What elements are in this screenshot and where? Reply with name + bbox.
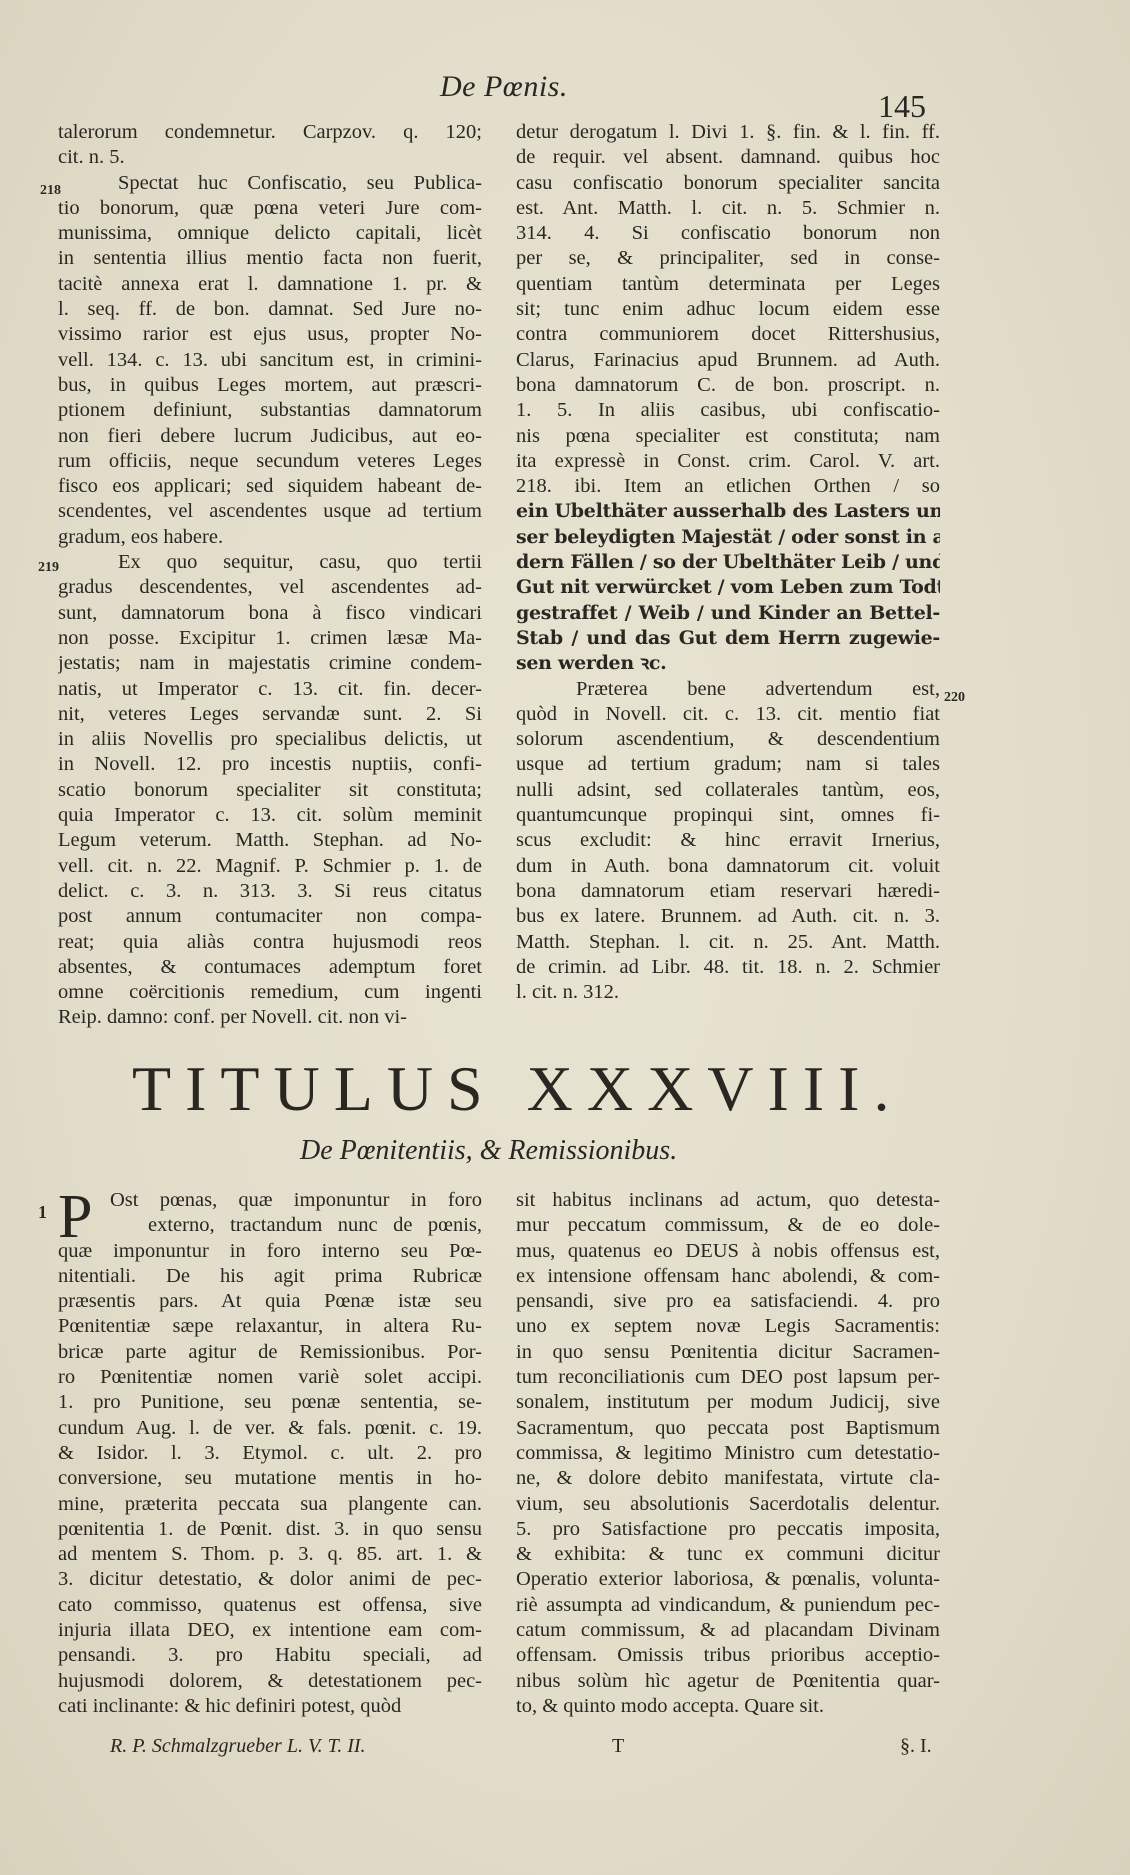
text-line: conversione, seu mutatione mentis in ho-: [58, 1466, 482, 1491]
text-line: delict. c. 3. n. 313. 3. Si reus citatus: [58, 879, 482, 904]
signature-mark: R. P. Schmalzgrueber L. V. T. II.: [110, 1735, 366, 1758]
text-line: l. cit. n. 312.: [516, 980, 940, 1005]
text-line: Præterea bene advertendum est,: [516, 677, 940, 702]
text-line: riè assumpta ad vindicandum, & puniendum…: [516, 1593, 940, 1618]
text-line: tio bonorum, quæ pœna veteri Jure com-: [58, 196, 482, 221]
text-line: fisco eos applicari; sed siquidem habean…: [58, 474, 482, 499]
text-line: quòd in Novell. cit. c. 13. cit. mentio …: [516, 702, 940, 727]
text-line: ex intensione offensam hanc abolendi, & …: [516, 1264, 940, 1289]
text-line: dern Fällen / so der Ubelthäter Leib / u…: [516, 550, 940, 575]
text-line: Ost pœnas, quæ imponuntur in foro: [58, 1188, 482, 1213]
text-line: gradus descendentes, vel ascendentes ad-: [58, 575, 482, 600]
margin-number-220: 220: [944, 690, 965, 706]
text-line: Clarus, Farinacius apud Brunnem. ad Auth…: [516, 348, 940, 373]
text-line: injuria illata DEO, ex intentione eam co…: [58, 1618, 482, 1643]
text-line: & exhibita: & tunc ex communi dicitur: [516, 1542, 940, 1567]
text-line: natis, ut Imperator c. 13. cit. fin. dec…: [58, 677, 482, 702]
text-line: hujusmodi dolorem, & detestationem pec-: [58, 1669, 482, 1694]
top-left-column: talerorum condemnetur. Carpzov. q. 120;c…: [58, 120, 482, 1031]
text-line: est. Ant. Matth. l. cit. n. 5. Schmier n…: [516, 196, 940, 221]
text-line: Legum veterum. Matth. Stephan. ad No-: [58, 828, 482, 853]
text-line: bona damnatorum etiam reservari hæredi-: [516, 879, 940, 904]
margin-number-1: 1: [38, 1202, 47, 1223]
text-line: Stab / und das Gut dem Herrn zugewie-: [516, 626, 940, 651]
text-line: bus, in quibus Leges mortem, aut præscri…: [58, 373, 482, 398]
running-title: De Pœnis.: [440, 70, 568, 104]
text-line: to, & quinto modo accepta. Quare sit.: [516, 1694, 940, 1719]
text-line: in Novell. 12. pro incestis nuptiis, con…: [58, 752, 482, 777]
text-line: vium, seu absolutionis Sacerdotalis dele…: [516, 1492, 940, 1517]
text-line: usque ad tertium gradum; nam si tales: [516, 752, 940, 777]
text-line: scatio bonorum specialiter sit constitut…: [58, 778, 482, 803]
text-line: sit; tunc enim adhuc locum eidem esse: [516, 297, 940, 322]
text-line: quæ imponuntur in foro interno seu Pœ-: [58, 1239, 482, 1264]
text-line: in sententia illius mentio facta non fue…: [58, 246, 482, 271]
text-line: non posse. Excipitur 1. crimen læsæ Ma-: [58, 626, 482, 651]
text-line: vell. cit. n. 22. Magnif. P. Schmier p. …: [58, 854, 482, 879]
text-line: 218. ibi. Item an etlichen Orthen / so: [516, 474, 940, 499]
text-line: quantumcunque propinqui sint, omnes fi-: [516, 803, 940, 828]
text-line: sonalem, institutum per modum Judicij, s…: [516, 1390, 940, 1415]
text-line: 1. pro Punitione, seu pœnæ sententia, se…: [58, 1390, 482, 1415]
text-line: Ex quo sequitur, casu, quo tertii: [58, 550, 482, 575]
text-line: pensandi, sive pro ea satisfaciendi. 4. …: [516, 1289, 940, 1314]
text-line: quia Imperator c. 13. cit. solùm meminit: [58, 803, 482, 828]
text-line: Gut nit verwürcket / vom Leben zum Todt: [516, 575, 940, 600]
text-line: ita expressè in Const. crim. Carol. V. a…: [516, 449, 940, 474]
text-line: post annum contumaciter non compa-: [58, 904, 482, 929]
text-line: talerorum condemnetur. Carpzov. q. 120;: [58, 120, 482, 145]
text-line: tum reconciliationis cum DEO post lapsum…: [516, 1365, 940, 1390]
text-line: Reip. damno: conf. per Novell. cit. non …: [58, 1005, 482, 1030]
text-line: sit habitus inclinans ad actum, quo dete…: [516, 1188, 940, 1213]
text-line: scus excludit: & hinc erravit Irnerius,: [516, 828, 940, 853]
text-line: gradum, eos habere.: [58, 525, 482, 550]
text-line: absentes, & contumaces ademptum foret: [58, 955, 482, 980]
text-line: scendentes, vel ascendentes usque ad ter…: [58, 499, 482, 524]
text-line: pensandi. 3. pro Habitu speciali, ad: [58, 1643, 482, 1668]
text-line: commissa, & legitimo Ministro cum detest…: [516, 1441, 940, 1466]
text-line: tacitè annexa erat l. damnatione 1. pr. …: [58, 272, 482, 297]
text-line: 5. pro Satisfactione pro peccatis imposi…: [516, 1517, 940, 1542]
text-line: externo, tractandum nunc de pœnis,: [58, 1213, 482, 1238]
section-subtitle: De Pœnitentiis, & Remissionibus.: [300, 1135, 677, 1167]
text-line: Matth. Stephan. l. cit. n. 25. Ant. Matt…: [516, 930, 940, 955]
text-line: 314. 4. Si confiscatio bonorum non: [516, 221, 940, 246]
margin-number-219: 219: [38, 560, 59, 576]
text-line: mus, quatenus eo DEUS à nobis offensus e…: [516, 1239, 940, 1264]
text-line: sunt, damnatorum bona à fisco vindicari: [58, 601, 482, 626]
text-line: de crimin. ad Libr. 48. tit. 18. n. 2. S…: [516, 955, 940, 980]
top-right-column: detur derogatum l. Divi 1. §. fin. & l. …: [516, 120, 940, 1005]
text-line: ro Pœnitentiæ nomen variè solet accipi.: [58, 1365, 482, 1390]
text-line: in aliis Novellis pro specialibus delict…: [58, 727, 482, 752]
text-line: omne coërcitionis remedium, cum ingenti: [58, 980, 482, 1005]
section-title: TITULUS XXXVIII.: [132, 1052, 892, 1126]
text-line: nis pœna specialiter est constituta; nam: [516, 424, 940, 449]
text-line: ser beleydigten Majestät / oder sonst in…: [516, 525, 940, 550]
text-line: & Isidor. l. 3. Etymol. c. ult. 2. pro: [58, 1441, 482, 1466]
bottom-left-column: Ost pœnas, quæ imponuntur in foroexterno…: [58, 1188, 482, 1719]
text-line: rum officiis, neque secundum veteres Leg…: [58, 449, 482, 474]
book-page: De Pœnis. 145 218 219 220 1 talerorum co…: [0, 0, 1130, 1875]
text-line: cit. n. 5.: [58, 145, 482, 170]
gathering-letter: T: [612, 1735, 624, 1758]
text-line: bricæ parte agitur de Remissionibus. Por…: [58, 1340, 482, 1365]
bottom-right-column: sit habitus inclinans ad actum, quo dete…: [516, 1188, 940, 1719]
text-line: in quo sensu Pœnitentia dicitur Sacramen…: [516, 1340, 940, 1365]
text-line: vissimo rarior est ejus usus, propter No…: [58, 322, 482, 347]
text-line: Spectat huc Confiscatio, seu Publica-: [58, 171, 482, 196]
text-line: bus ex latere. Brunnem. ad Auth. cit. n.…: [516, 904, 940, 929]
text-line: bona damnatorum C. de bon. proscript. n.: [516, 373, 940, 398]
text-line: vell. 134. c. 13. ubi sancitum est, in c…: [58, 348, 482, 373]
text-line: per se, & principaliter, sed in conse-: [516, 246, 940, 271]
text-line: Pœnitentiæ sæpe relaxantur, in altera Ru…: [58, 1314, 482, 1339]
text-line: contra communiorem docet Rittershusius,: [516, 322, 940, 347]
text-line: detur derogatum l. Divi 1. §. fin. & l. …: [516, 120, 940, 145]
catchword: §. I.: [900, 1735, 932, 1758]
text-line: l. seq. ff. de bon. damnat. Sed Jure no-: [58, 297, 482, 322]
text-line: præsentis pars. At quia Pœnæ istæ seu: [58, 1289, 482, 1314]
text-line: solorum ascendentium, & descendentium: [516, 727, 940, 752]
text-line: mine, præterita peccata sua plangente ca…: [58, 1492, 482, 1517]
text-line: ad mentem S. Thom. p. 3. q. 85. art. 1. …: [58, 1542, 482, 1567]
text-line: de requir. vel absent. damnand. quibus h…: [516, 145, 940, 170]
text-line: gestraffet / Weib / und Kinder an Bettel…: [516, 601, 940, 626]
text-line: cundum Aug. l. de ver. & fals. pœnit. c.…: [58, 1416, 482, 1441]
text-line: ein Ubelthäter ausserhalb des Lasters un…: [516, 499, 940, 524]
text-line: quentiam tantùm determinata per Leges: [516, 272, 940, 297]
text-line: Operatio exterior laboriosa, & pœnalis, …: [516, 1567, 940, 1592]
text-line: ne, & dolore debito manifestata, virtute…: [516, 1466, 940, 1491]
text-line: dum in Auth. bona damnatorum cit. voluit: [516, 854, 940, 879]
text-line: ptionem definiunt, substantias damnatoru…: [58, 398, 482, 423]
text-line: sen werden ꝛc.: [516, 651, 940, 676]
text-line: 3. dicitur detestatio, & dolor animi de …: [58, 1567, 482, 1592]
text-line: pœnitentia 1. de Pœnit. dist. 3. in quo …: [58, 1517, 482, 1542]
text-line: catum commissum, & ad placandam Divinam: [516, 1618, 940, 1643]
text-line: munissima, omnique delicto capitali, lic…: [58, 221, 482, 246]
text-line: nibus solùm hìc agetur de Pœnitentia qua…: [516, 1669, 940, 1694]
text-line: nit, veteres Leges servandæ sunt. 2. Si: [58, 702, 482, 727]
text-line: nulli adsint, sed collaterales tantùm, e…: [516, 778, 940, 803]
text-line: non fieri debere lucrum Judicibus, aut e…: [58, 424, 482, 449]
text-line: uno ex septem novæ Legis Sacramentis:: [516, 1314, 940, 1339]
text-line: 1. 5. In aliis casibus, ubi confiscatio-: [516, 398, 940, 423]
text-line: offensam. Omissis tribus prioribus accep…: [516, 1643, 940, 1668]
text-line: Sacramentum, quo peccata post Baptismum: [516, 1416, 940, 1441]
text-line: cato commisso, quatenus est offensa, siv…: [58, 1593, 482, 1618]
text-line: jestatis; nam in majestatis crimine cond…: [58, 651, 482, 676]
text-line: cati inclinante: & hic definiri potest, …: [58, 1694, 482, 1719]
text-line: mur peccatum commissum, & de eo dole-: [516, 1213, 940, 1238]
text-line: casu confiscatio bonorum specialiter san…: [516, 171, 940, 196]
text-line: reat; quia aliàs contra hujusmodi reos: [58, 930, 482, 955]
text-line: nitentiali. De his agit prima Rubricæ: [58, 1264, 482, 1289]
